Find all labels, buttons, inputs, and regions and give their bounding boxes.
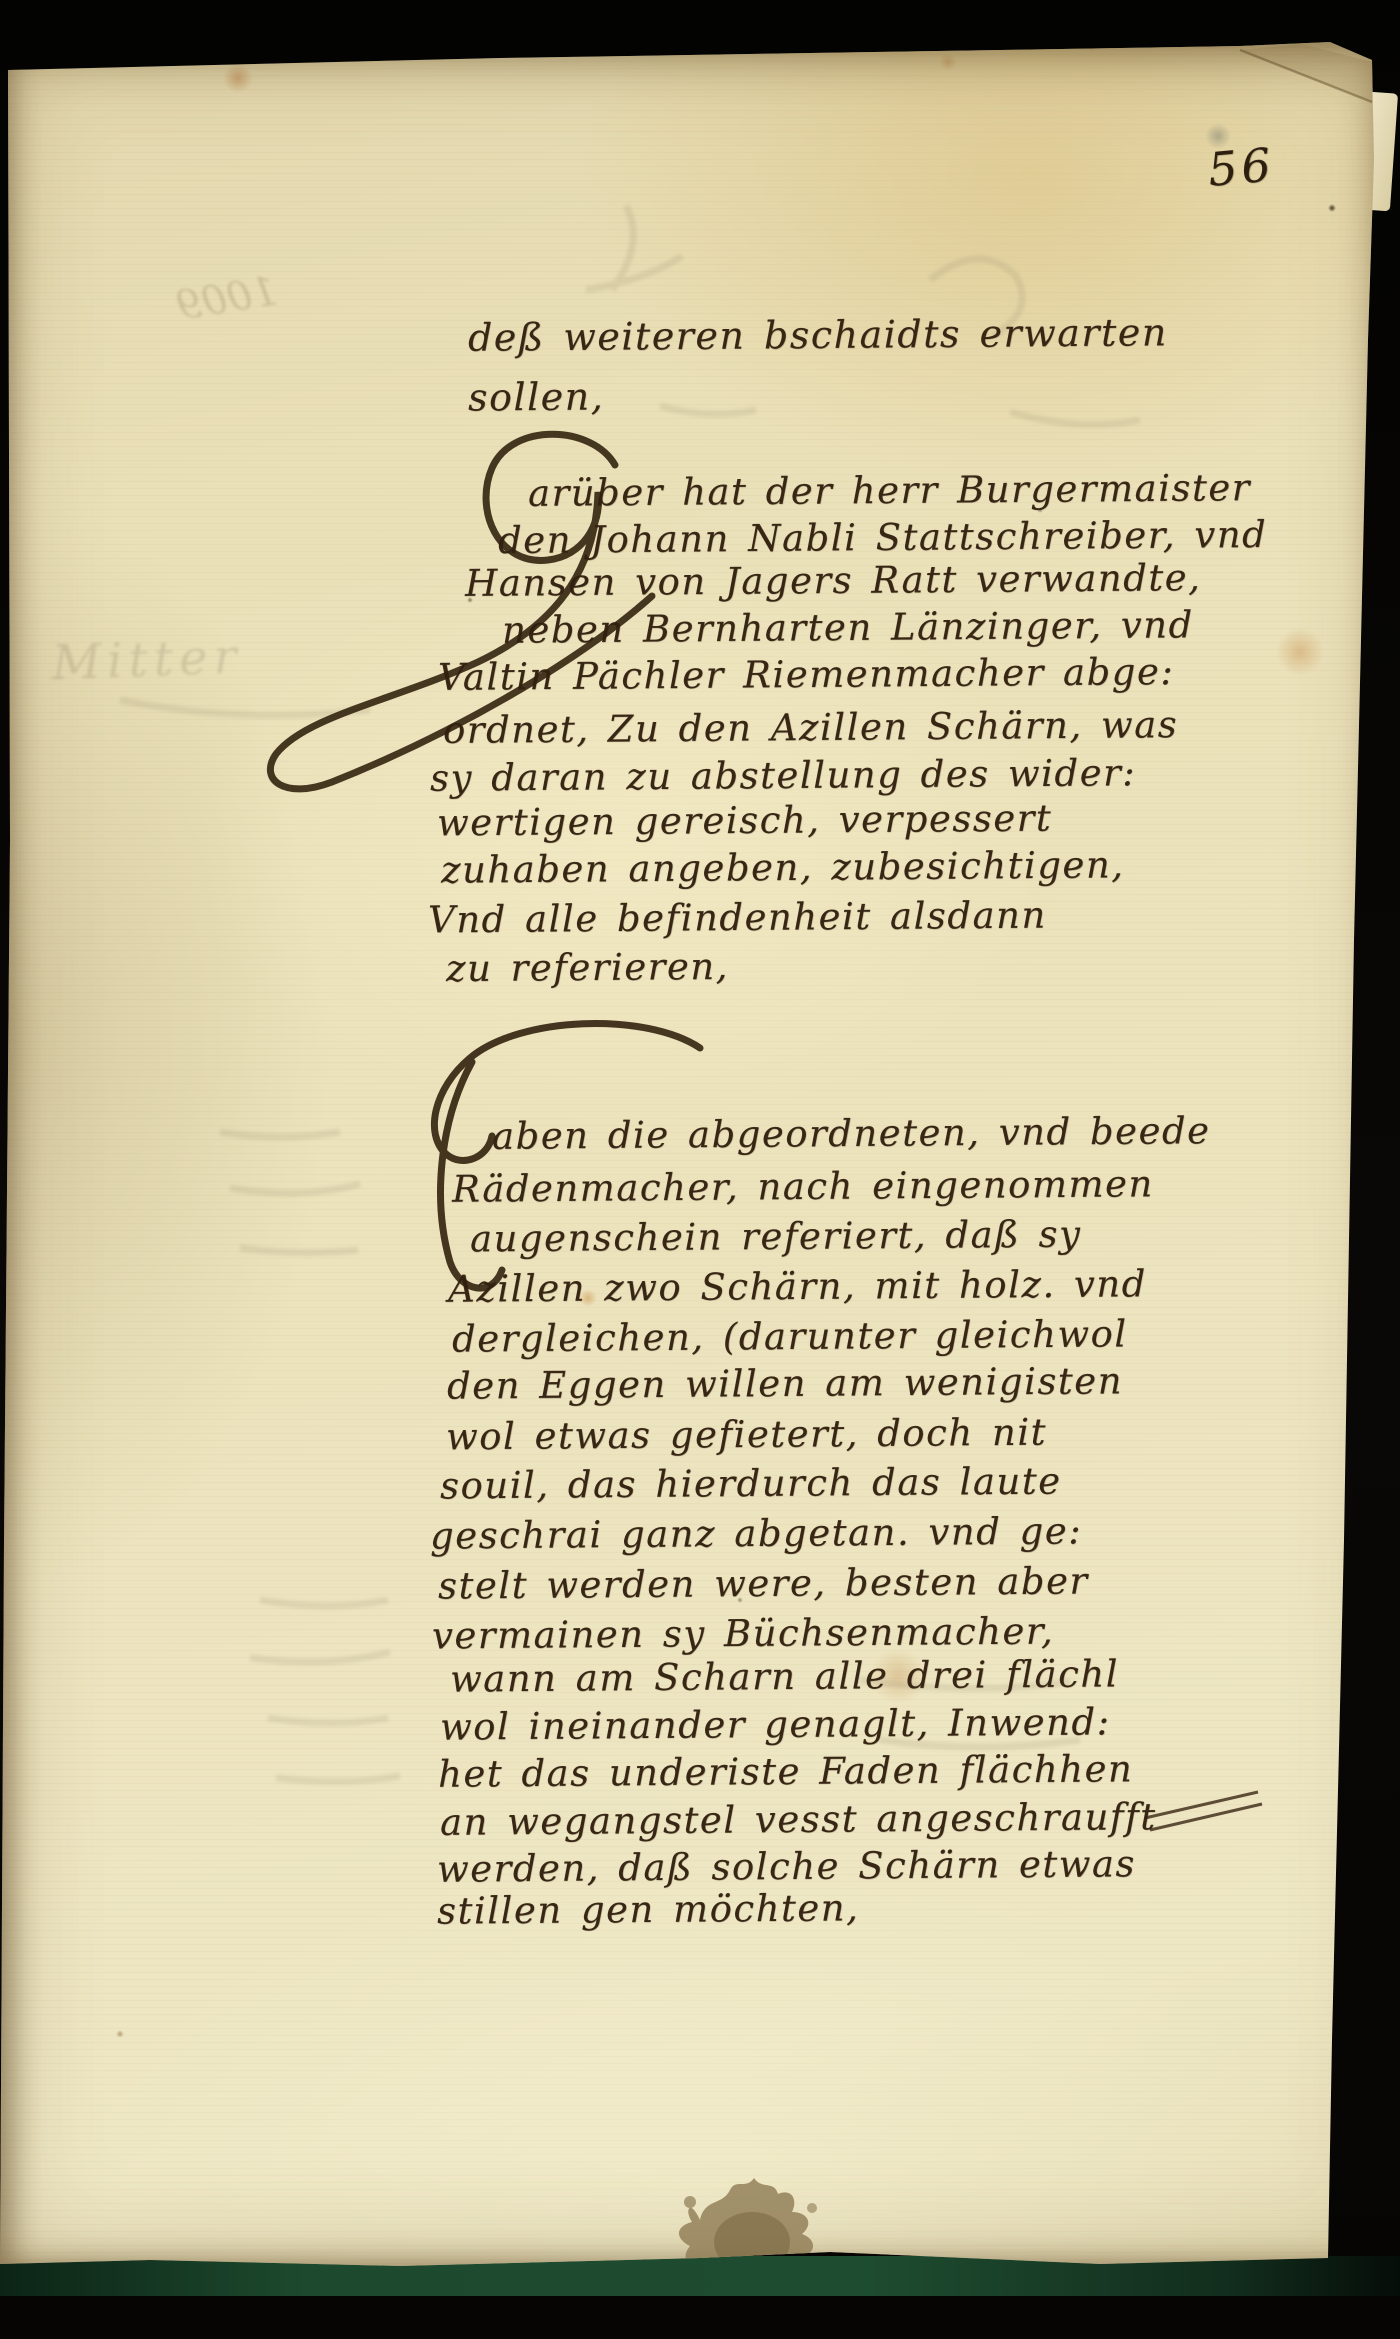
strikethrough-marks [1145, 1792, 1262, 1830]
manuscript-page: 1009 Mitter [0, 40, 1392, 2266]
manuscript-line: Azillen zwo Schärn, mit holz. vnd [448, 1265, 1147, 1307]
manuscript-line: stelt werden were, besten aber [438, 1562, 1089, 1604]
heading-line: sollen, [468, 377, 605, 416]
manuscript-line: souil, das hierdurch das laute [440, 1463, 1062, 1505]
manuscript-line: neben Bernharten Länzinger, vnd [502, 606, 1194, 648]
heading-line: deß weiteren bschaidts erwarten [468, 313, 1168, 356]
manuscript-line: sy daran zu abstellung des wider: [430, 754, 1136, 797]
manuscript-line: ordnet, Zu den Azillen Schärn, was [443, 706, 1178, 749]
manuscript-line: Valtin Pächler Riemenmacher abge: [438, 653, 1175, 696]
manuscript-line: dergleichen, (darunter gleichwol [452, 1315, 1128, 1357]
manuscript-line: den Johann Nabli Stattschreiber, vnd [498, 516, 1268, 559]
manuscript-line: den Eggen willen am wenigisten [447, 1362, 1123, 1404]
manuscript-line: augenschein referiert, daß sy [470, 1216, 1082, 1258]
manuscript-line: Rädenmacher, nach eingenommen [452, 1165, 1154, 1208]
ink-blot [679, 2178, 817, 2266]
corner-crease [1240, 44, 1372, 102]
manuscript-line: wol ineinander genaglt, Inwend: [440, 1703, 1111, 1745]
manuscript-line: Hansen von Jagers Ratt verwandte, [465, 559, 1202, 602]
manuscript-line: wertigen gereisch, verpessert [437, 800, 1052, 842]
manuscript-line: arüber hat der herr Burgermaister [528, 469, 1251, 512]
manuscript-line: geschrai ganz abgetan. vnd ge: [430, 1512, 1082, 1554]
manuscript-line: zuhaben angeben, zubesichtigen, [441, 846, 1125, 888]
manuscript-line: stillen gen möchten, [437, 1889, 860, 1929]
manuscript-line: wol etwas gefietert, doch nit [446, 1414, 1047, 1456]
manuscript-line: an wegangstel vesst angeschraufft [440, 1798, 1157, 1841]
bleedthrough-word: Mitter [51, 629, 243, 692]
green-felt-strip [0, 2256, 1400, 2296]
manuscript-line: Vnd alle befindenheit alsdann [428, 897, 1047, 939]
manuscript-line: werden, daß solche Schärn etwas [437, 1845, 1136, 1887]
bleedthrough-digits: 1009 [173, 268, 281, 329]
manuscript-line: wann am Scharn alle drei flächl [450, 1655, 1119, 1697]
folio-number: 56 [1206, 137, 1277, 197]
manuscript-line: het das underiste Faden flächhen [438, 1750, 1133, 1792]
photo-background: 1009 Mitter [0, 0, 1400, 2339]
manuscript-line: vermainen sy Büchsenmacher, [432, 1613, 1054, 1655]
manuscript-line: zu referieren, [446, 948, 729, 987]
manuscript-line: aben die abgeordneten, vnd beede [492, 1112, 1211, 1155]
